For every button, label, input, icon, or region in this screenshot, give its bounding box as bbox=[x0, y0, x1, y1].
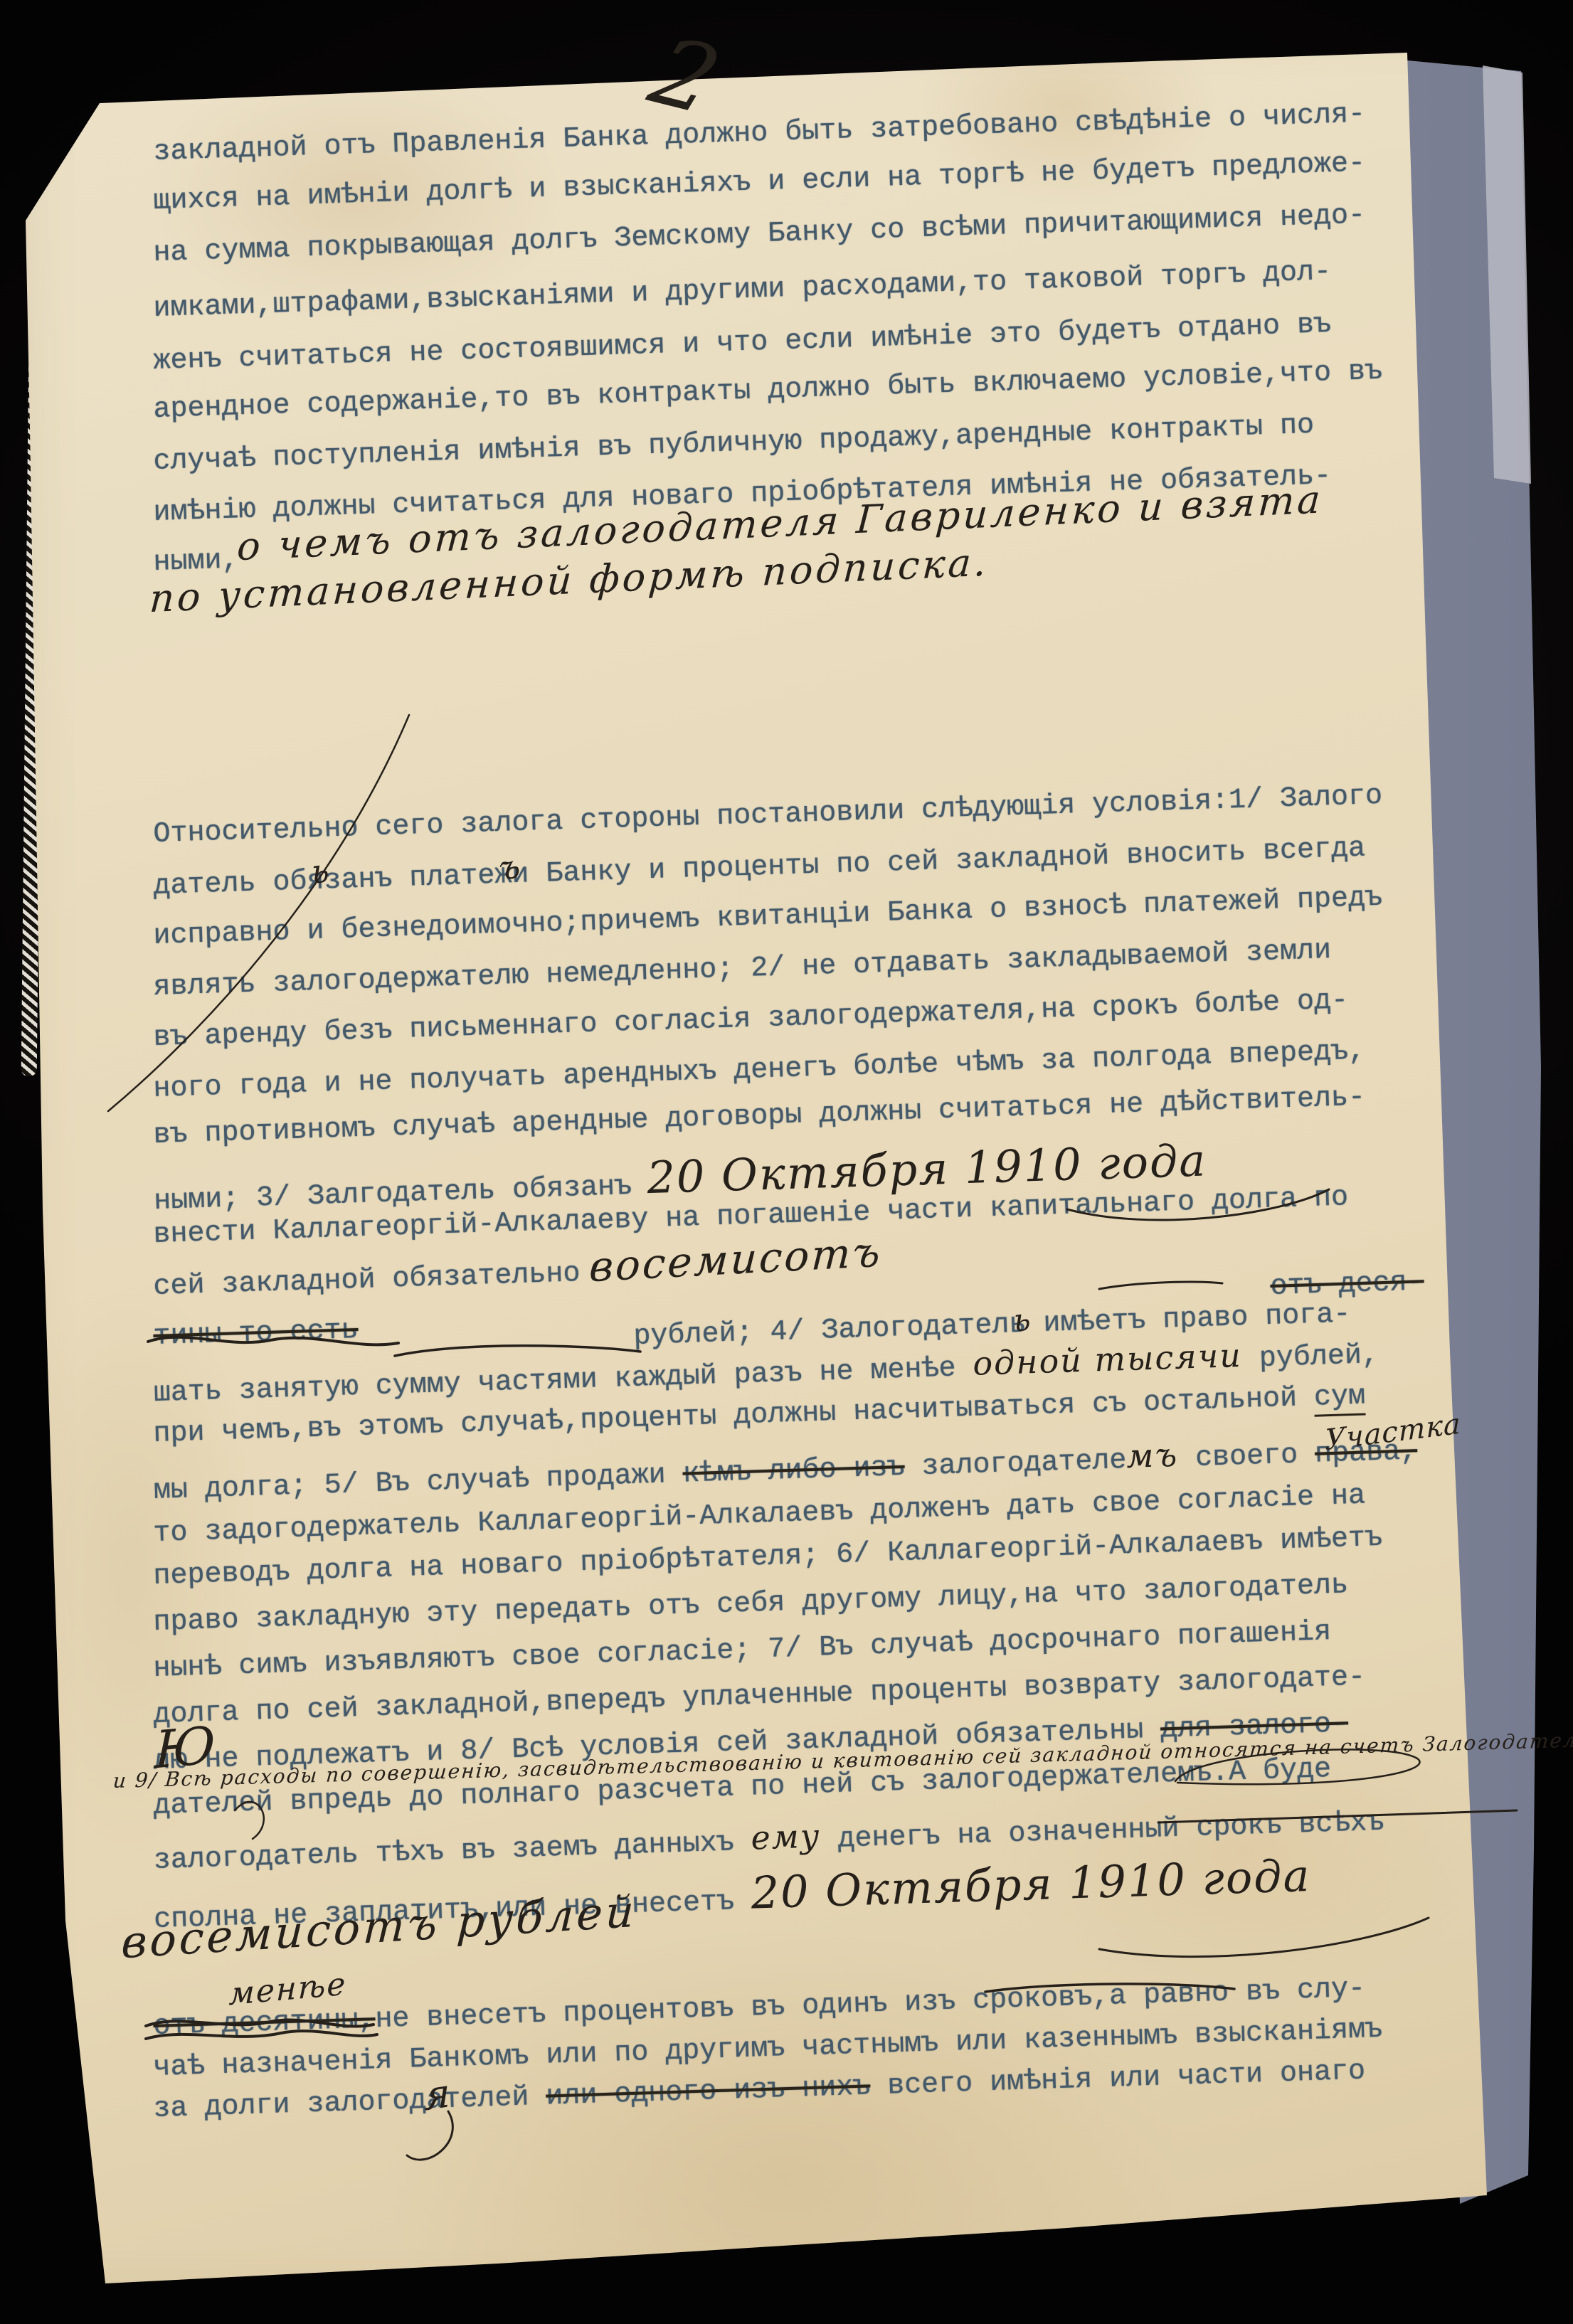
typed-text-segment: за долги залогодателей bbox=[153, 2081, 546, 2126]
handwritten-insertion: мъ bbox=[1126, 1436, 1178, 1475]
typed-line: отъ деся- bbox=[1270, 1268, 1424, 1302]
photographed-document-scene: закладной отъ Правленія Банка должно быт… bbox=[0, 0, 1573, 2324]
struck-text-segment: кѣмъ либо изъ bbox=[682, 1452, 905, 1491]
struck-text-segment: отъ десятины, bbox=[153, 2004, 376, 2043]
handwritten-annotation: я bbox=[423, 2074, 451, 2117]
handwritten-insertion: 20 Октября 1910 года bbox=[751, 1850, 1312, 1919]
handwritten-annotation: ъ bbox=[498, 849, 521, 885]
typed-text-segment: своего bbox=[1178, 1439, 1315, 1475]
struck-text-segment: отъ деся- bbox=[1270, 1266, 1424, 1303]
typed-text-segment: сум bbox=[1313, 1380, 1366, 1416]
handwritten-annotation: восемисотъ bbox=[588, 1231, 883, 1288]
struck-text-segment: или одного изъ нихъ bbox=[546, 2071, 871, 2113]
page-text-layer: закладной отъ Правленія Банка должно быт… bbox=[0, 0, 1573, 2324]
typed-text-segment: залогодателе bbox=[904, 1445, 1127, 1484]
typed-line: сей закладной обязательно bbox=[153, 1260, 581, 1302]
typed-text-segment: денегъ на означенный срокъ всѣхъ bbox=[820, 1807, 1384, 1857]
typed-line: тины то есть bbox=[153, 1317, 359, 1352]
handwritten-insertion: одной тысячи bbox=[972, 1336, 1242, 1383]
handwritten-page-number: 2 bbox=[640, 25, 731, 128]
typed-text-segment: мы долга; 5/ Въ случаѣ продажи bbox=[153, 1459, 683, 1507]
typed-text-segment: рублей, bbox=[1241, 1339, 1379, 1376]
handwritten-insertion: ему bbox=[751, 1817, 822, 1857]
typed-text-segment: сей закладной обязательно bbox=[153, 1258, 581, 1303]
handwritten-annotation: ь bbox=[1013, 1304, 1031, 1338]
handwritten-annotation: менѣе bbox=[228, 1968, 347, 2010]
handwritten-annotation: ь bbox=[311, 854, 329, 889]
typed-text-segment: залогодатель тѣхъ въ заемъ данныхъ bbox=[153, 1827, 751, 1877]
typed-text-segment: всего имѣнія или части онаго bbox=[870, 2055, 1366, 2103]
struck-text-segment: тины то есть bbox=[153, 1315, 359, 1353]
handwritten-annotation: Участка bbox=[1325, 1410, 1461, 1455]
